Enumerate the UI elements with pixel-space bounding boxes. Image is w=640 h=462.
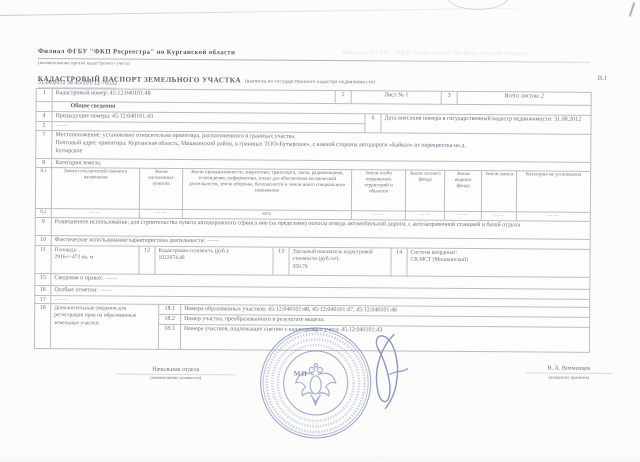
cell-num: 11: [35, 246, 51, 273]
area-value: Площадь: 2916+/-473 кв. м: [51, 246, 139, 274]
additional-info-label: Дополнительные сведения для регистрации …: [51, 304, 159, 349]
category-value: ——: [52, 209, 140, 218]
category-value: ——: [352, 211, 406, 219]
cell-num: 18: [35, 304, 51, 348]
category-settlements: Земли населенных пунктов: [140, 169, 183, 209]
cell-num: 8.1: [36, 168, 52, 208]
cell-num: 18.3: [159, 325, 181, 349]
sheet-number: Лист № 1: [352, 91, 442, 104]
category-value: ——: [482, 212, 517, 220]
cell-num: 4: [36, 112, 51, 122]
cell-num: 14: [391, 248, 407, 275]
cell-num: 3: [442, 92, 458, 104]
specific-cost-value: Удельный показатель кадастровой стоимост…: [289, 248, 391, 276]
category-value: ——: [406, 212, 445, 220]
category-value: ——: [517, 212, 590, 221]
category-reserve: Земли запаса: [482, 171, 517, 211]
category-agricultural: Земли сельскохозяйственного назначения: [52, 168, 140, 209]
cell-num: 6: [365, 114, 381, 132]
cell-num: 10: [36, 236, 52, 245]
org-name: Филиал ФГБУ "ФКП Росреестра" по Курганск…: [38, 48, 235, 56]
cadastral-cost-value: Кадастровая стоимость (руб.): 1022874.48: [155, 247, 273, 275]
category-not-set: Категория не установлена: [517, 171, 590, 212]
scanned-page: Филиал ФГБУ "ФКП Росреестра" по Курганск…: [0, 0, 640, 462]
cell-num: 13: [273, 248, 289, 275]
signer-name-caption: (инициалы, фамилия): [526, 374, 612, 380]
cadastral-table: 1 Кадастровый номер: 45:12:040101:48 2 Л…: [34, 88, 592, 353]
cell-num: 8.2: [36, 209, 52, 217]
cell-num: 9: [36, 218, 52, 235]
location-value: Местоположение: установлено относительно…: [52, 131, 590, 162]
category-industry: Земли промышленности, энергетики, трансп…: [183, 169, 352, 210]
cell-num: 2: [336, 91, 352, 103]
category-water: Земли водного фонда: [445, 171, 482, 211]
cell-num: 7: [36, 131, 52, 158]
org-caption: (наименование органа кадастрового учета): [38, 60, 130, 66]
cell-num: 17: [35, 296, 51, 303]
cell-num: 15: [35, 274, 51, 285]
cell-num: 16: [35, 286, 51, 295]
row-area-cost: 11 Площадь: 2916+/-473 кв. м 12 Кадастро…: [35, 246, 589, 278]
date-entered-value: Дата внесения номера в государственный к…: [381, 114, 590, 133]
doc-date-number: 31.08.2012 № 45/201/12-76532: [38, 79, 118, 88]
document: Филиал ФГБУ "ФКП Росреестра" по Курганск…: [0, 0, 640, 462]
category-value: ——: [445, 212, 482, 220]
prev-numbers-column: Предыдущие номера: 45:12:040101:43 ——: [52, 112, 365, 132]
cell-num: 1: [37, 89, 53, 101]
cell-num: 18.1: [159, 305, 181, 314]
doc-subtitle: (выписка из государственного кадастра не…: [245, 78, 375, 85]
cell-num-empty: [37, 102, 53, 111]
eagle-emblem: [296, 364, 336, 405]
cell-num: 18.2: [159, 315, 181, 324]
coordinate-system-value: Система координат: СК МСТ (Мишкинский): [407, 249, 589, 277]
signature: [369, 328, 412, 416]
category-forest: Земли лесного фонда: [406, 171, 445, 211]
row-location: 7 Местоположение: установлено относитель…: [36, 131, 590, 163]
cell-num: 5: [36, 122, 51, 131]
category-value-selected: весь: [183, 210, 352, 219]
total-sheets: Всего листов: 2: [458, 92, 591, 105]
signer-name: В. А. Вохменцев: [526, 365, 612, 374]
row-land-category-options: 8.1 Земли сельскохозяйственного назначен…: [36, 168, 590, 213]
cell-num: 12: [139, 247, 155, 274]
scan-ghost-text: Филиал ФГБУ "ФКП Росреестра" по Курганск…: [342, 49, 617, 58]
category-value: ——: [140, 210, 183, 218]
cadastral-number-value: Кадастровый номер: 45:12:040101:48: [53, 89, 336, 103]
cell-num: 8: [36, 159, 52, 167]
category-protected: Земли особо охраняемых территорий и объе…: [352, 170, 406, 210]
num-column: 4 5: [36, 112, 52, 130]
position-caption: (наименование должности): [116, 375, 236, 381]
form-code: В.1: [598, 75, 607, 82]
official-seal-stamp: [257, 325, 374, 442]
